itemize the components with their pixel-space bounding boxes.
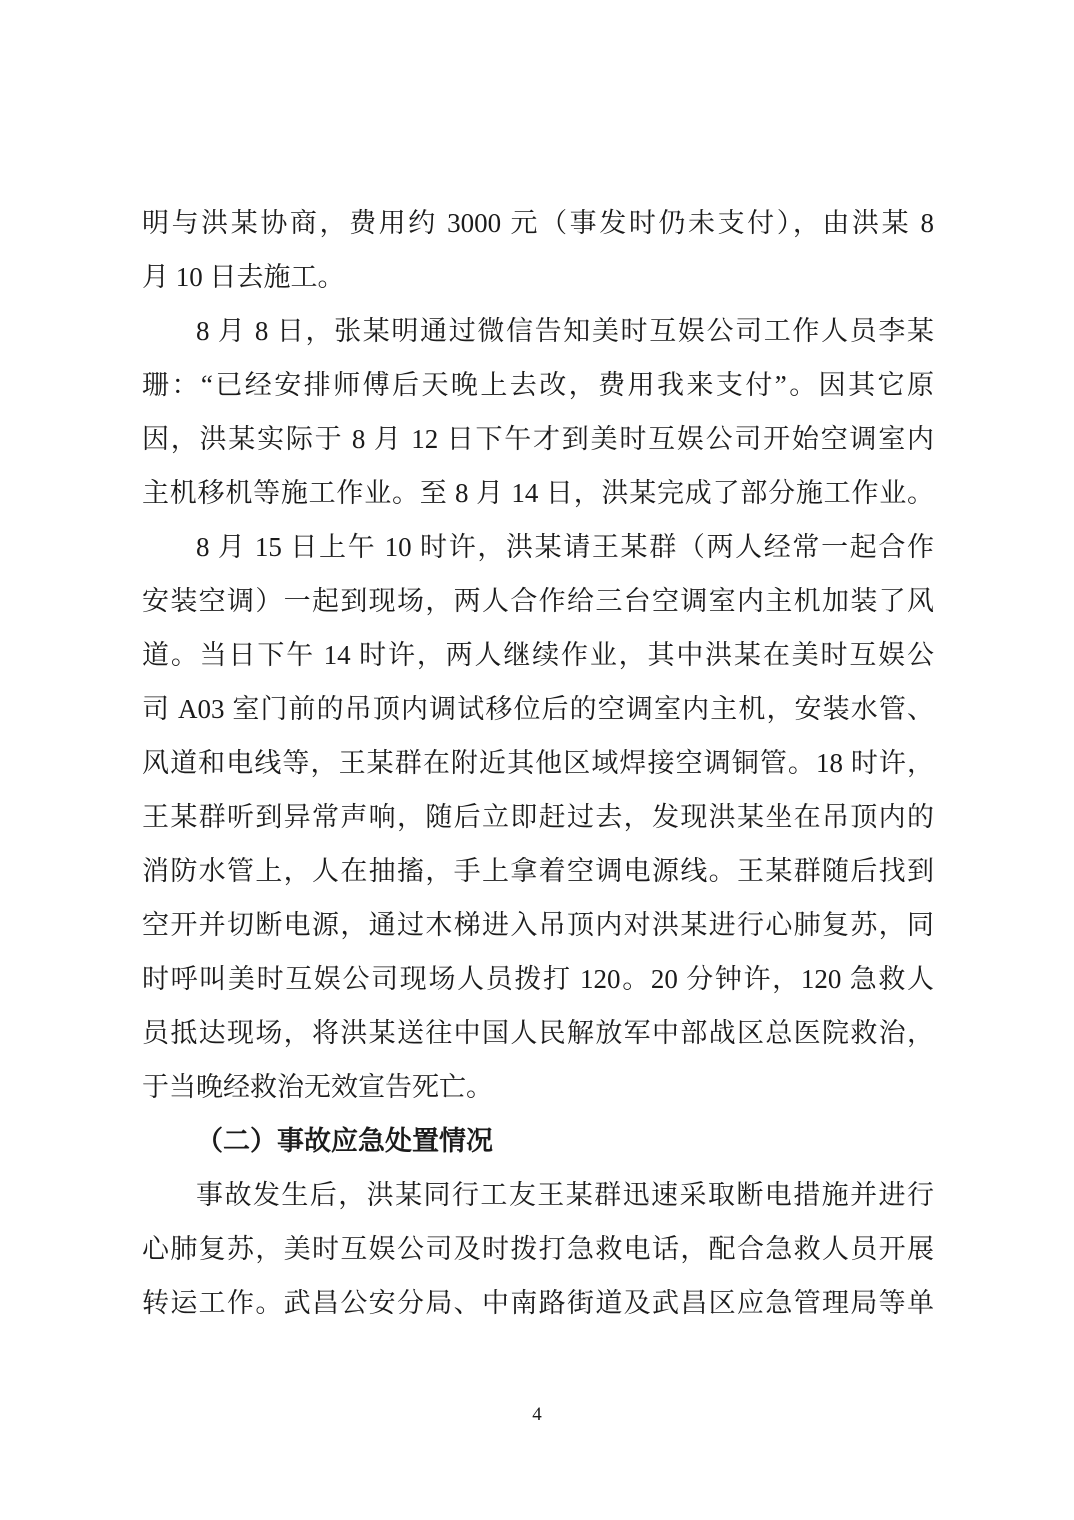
body-line: 8 月 8 日，张某明通过微信告知美时互娱公司工作人员李某 xyxy=(142,304,934,358)
document-page: 明与洪某协商，费用约 3000 元（事发时仍未支付），由洪某 8 月 10 日去… xyxy=(0,0,1074,1520)
body-line: 转运工作。武昌公安分局、中南路街道及武昌区应急管理局等单 xyxy=(142,1276,934,1330)
body-line: 空开并切断电源，通过木梯进入吊顶内对洪某进行心肺复苏，同 xyxy=(142,898,934,952)
body-line: 8 月 15 日上午 10 时许，洪某请王某群（两人经常一起合作 xyxy=(142,520,934,574)
section-heading: （二）事故应急处置情况 xyxy=(142,1114,934,1168)
body-line: 司 A03 室门前的吊顶内调试移位后的空调室内主机，安装水管、 xyxy=(142,682,934,736)
body-line: 道。当日下午 14 时许，两人继续作业，其中洪某在美时互娱公 xyxy=(142,628,934,682)
body-line: 珊：“已经安排师傅后天晚上去改，费用我来支付”。因其它原 xyxy=(142,358,934,412)
body-line: 事故发生后，洪某同行工友王某群迅速采取断电措施并进行 xyxy=(142,1168,934,1222)
body-line: 时呼叫美时互娱公司现场人员拨打 120。20 分钟许，120 急救人 xyxy=(142,952,934,1006)
document-body: 明与洪某协商，费用约 3000 元（事发时仍未支付），由洪某 8 月 10 日去… xyxy=(142,196,934,1330)
body-line: 月 10 日去施工。 xyxy=(142,250,934,304)
body-line: 员抵达现场，将洪某送往中国人民解放军中部战区总医院救治， xyxy=(142,1006,934,1060)
body-line: 因，洪某实际于 8 月 12 日下午才到美时互娱公司开始空调室内 xyxy=(142,412,934,466)
page-number: 4 xyxy=(0,1400,1074,1430)
body-line: 主机移机等施工作业。至 8 月 14 日，洪某完成了部分施工作业。 xyxy=(142,466,934,520)
body-line: 王某群听到异常声响，随后立即赶过去，发现洪某坐在吊顶内的 xyxy=(142,790,934,844)
body-line: 于当晚经救治无效宣告死亡。 xyxy=(142,1060,934,1114)
body-line: 消防水管上，人在抽搐，手上拿着空调电源线。王某群随后找到 xyxy=(142,844,934,898)
body-line: 风道和电线等，王某群在附近其他区域焊接空调铜管。18 时许， xyxy=(142,736,934,790)
body-line: 明与洪某协商，费用约 3000 元（事发时仍未支付），由洪某 8 xyxy=(142,196,934,250)
body-line: 安装空调）一起到现场，两人合作给三台空调室内主机加装了风 xyxy=(142,574,934,628)
body-line: 心肺复苏，美时互娱公司及时拨打急救电话，配合急救人员开展 xyxy=(142,1222,934,1276)
